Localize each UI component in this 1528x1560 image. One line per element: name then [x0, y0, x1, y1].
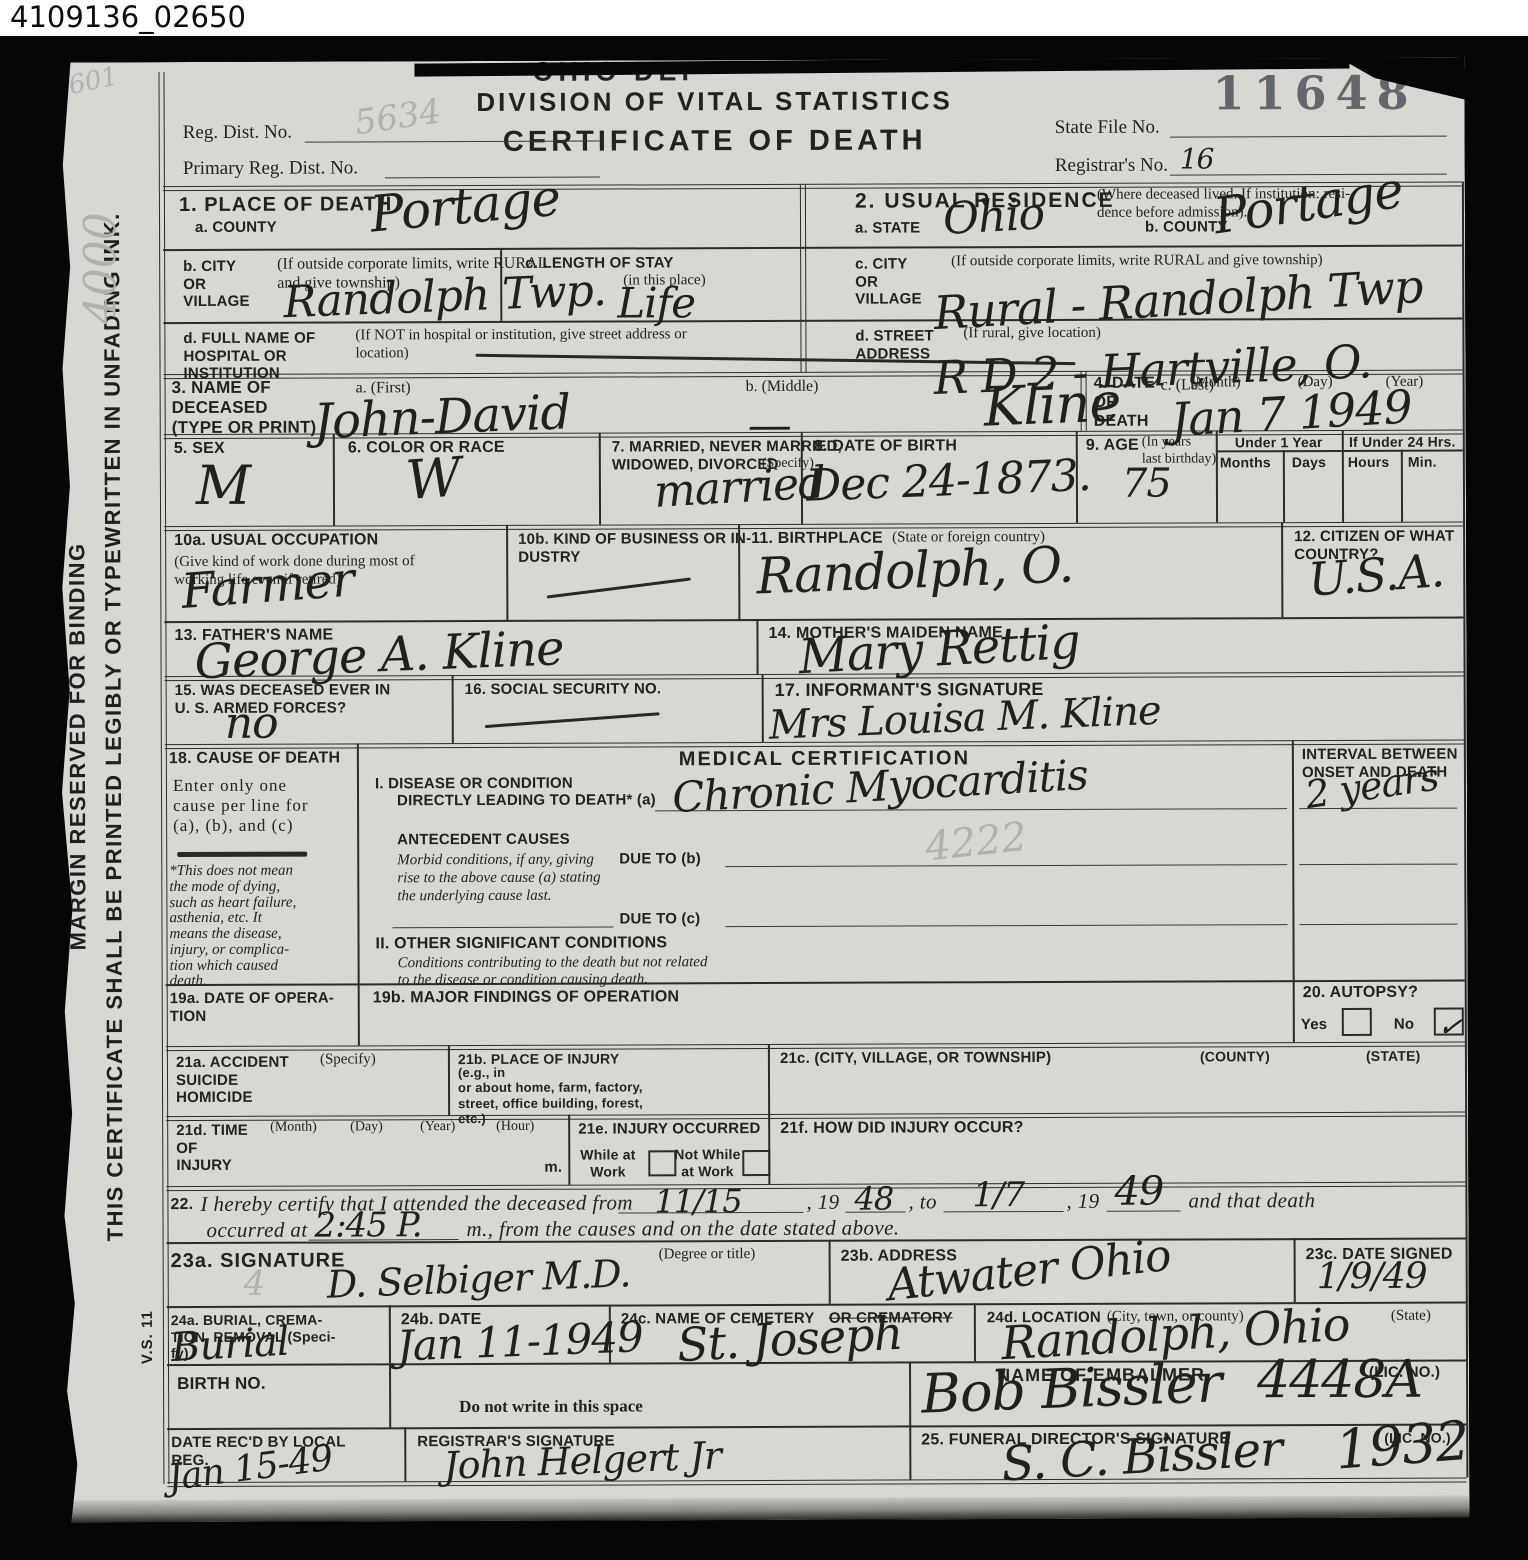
physician-signature-value: D. Selbiger M.D. [326, 1251, 631, 1307]
toi-day-label: (Day) [350, 1119, 383, 1136]
date-signed-value: 1/9/49 [1317, 1256, 1427, 1297]
disease-label-2: DIRECTLY LEADING TO DEATH* (a) [397, 791, 656, 810]
rule [909, 1361, 911, 1425]
certify-year1-label: , 19 [806, 1190, 839, 1215]
rule [909, 1425, 911, 1479]
county-label: a. COUNTY [195, 219, 277, 237]
rule [974, 1303, 976, 1361]
pencil-mark-corner: 601 [66, 61, 121, 101]
rule [1294, 1238, 1296, 1302]
street-address-label: d. STREET ADDRESS [855, 327, 934, 363]
certify-text-2: and that death [1188, 1188, 1315, 1213]
not-while-at-work-label: Not While at Work [674, 1146, 740, 1179]
length-of-stay-value: Life [617, 278, 695, 327]
industry-value-dash [547, 577, 691, 598]
division-title: DIVISION OF VITAL STATISTICS [385, 85, 1045, 118]
rule [167, 1478, 1466, 1488]
birthplace-value: Randolph, O. [755, 535, 1074, 605]
how-injury-label: 21f. HOW DID INJURY OCCUR? [780, 1119, 1024, 1139]
scan-filename: 4109136_02650 [10, 0, 246, 34]
autopsy-label: 20. AUTOPSY? [1303, 984, 1418, 1003]
cause-of-death-label: 18. CAUSE OF DEATH [169, 749, 340, 768]
rule [1170, 136, 1447, 138]
citizen-value: U.S.A. [1306, 543, 1445, 607]
hospital-label: d. FULL NAME OF HOSPITAL OR INSTITUTION [183, 330, 315, 384]
pencil-code-value: 4222 [923, 814, 1029, 871]
rule [389, 1305, 391, 1363]
rule [1299, 864, 1457, 866]
other-conditions-label: II. OTHER SIGNIFICANT CONDITIONS [376, 934, 668, 954]
funeral-director-lic-value: 1932 [1333, 1409, 1471, 1482]
rule [829, 1240, 831, 1304]
rule [163, 245, 1462, 252]
sex-value: M [196, 454, 251, 517]
injury-county-label: (COUNTY) [1200, 1048, 1270, 1065]
city-village-value: Randolph Twp. [282, 265, 606, 328]
rule [448, 1045, 450, 1115]
rule [506, 525, 508, 620]
burial-date-value: Jan 11-1949 [396, 1312, 644, 1370]
certify-number: 22. [170, 1196, 193, 1215]
pencil-mark-4: 4 [244, 1264, 266, 1304]
min-label: Min. [1408, 454, 1437, 471]
rule [392, 927, 613, 929]
major-findings-label: 19b. MAJOR FINDINGS OF OPERATION [373, 988, 680, 1008]
rule [725, 924, 1287, 927]
residence-city-label: c. CITY OR VILLAGE [855, 255, 922, 308]
birth-date-value: Dec 24-1873. [805, 450, 1092, 512]
do-not-write-label: Do not write in this space [459, 1396, 643, 1417]
occupation-value: Farmer [179, 551, 355, 619]
morbid-note: Morbid conditions, if any, giving rise t… [397, 851, 600, 906]
rule [1283, 450, 1285, 522]
state-value: Ohio [942, 188, 1046, 245]
rule [800, 184, 807, 372]
certify-to-label: , to [908, 1189, 937, 1214]
disease-label-1: I. DISEASE OR CONDITION [375, 775, 573, 793]
name-of-deceased-label: 3. NAME OF DECEASED (TYPE OR PRINT) [172, 378, 317, 439]
length-of-stay-label: c. LENGTH OF STAY [525, 254, 673, 272]
rule [357, 743, 360, 1045]
injury-state-label: (STATE) [1366, 1048, 1421, 1065]
hours-label: Hours [1348, 454, 1390, 471]
marital-value: married [653, 457, 827, 517]
rule [389, 1363, 391, 1427]
rule [1299, 924, 1457, 926]
attended-from-value: 11/15 [654, 1182, 741, 1220]
embalmer-lic-value: 4448A [1257, 1350, 1422, 1411]
autopsy-no-label: No [1394, 1016, 1414, 1034]
attended-to-year: 49 [1114, 1169, 1163, 1215]
occupation-label: 10a. USUAL OCCUPATION [174, 531, 378, 551]
toi-month-label: (Month) [270, 1120, 317, 1137]
cause-note-divider [177, 852, 307, 857]
birth-no-label: BIRTH NO. [177, 1374, 266, 1394]
scanned-death-certificate: 4109136_02650 [0, 0, 1528, 1560]
place-of-death-title: 1. PLACE OF DEATH [179, 193, 392, 217]
under-24-hrs-label: If Under 24 Hrs. [1342, 434, 1463, 451]
accident-note: (Specify) [320, 1051, 376, 1069]
ssn-label: 16. SOCIAL SECURITY NO. [465, 680, 662, 698]
autopsy-no-checkmark: ✓ [1436, 1008, 1465, 1046]
county-value: Portage [368, 169, 563, 244]
days-label: Days [1292, 454, 1326, 471]
industry-label: 10b. KIND OF BUSINESS OR IN- DUSTRY [518, 530, 751, 566]
cause-note-2: *This does not mean the mode of dying, s… [169, 864, 296, 990]
age-value: 75 [1122, 461, 1171, 507]
rule [166, 980, 1465, 987]
due-to-c-label: DUE TO (c) [619, 910, 700, 928]
under-1-year-label: Under 1 Year [1216, 434, 1342, 451]
reg-dist-label: Reg. Dist. No. [183, 122, 292, 145]
registrar-no-label: Registrar's No. [1055, 155, 1168, 178]
certificate-paper: MARGIN RESERVED FOR BINDING THIS CERTIFI… [54, 58, 1469, 1523]
autopsy-yes-checkbox[interactable] [1342, 1008, 1372, 1036]
state-label: a. STATE [855, 219, 920, 237]
attended-from-year: 48 [854, 1180, 893, 1218]
rule [452, 675, 454, 743]
injury-occurred-label: 21e. INJURY OCCURRED [578, 1120, 760, 1138]
toi-year-label: (Year) [420, 1119, 455, 1136]
certify-year2-label: , 19 [1066, 1189, 1099, 1214]
death-time-value: 2:45 P. [314, 1205, 421, 1245]
attended-to-value: 1/7 [972, 1175, 1024, 1215]
burial-location-state: (State) [1391, 1308, 1431, 1326]
rule [404, 1427, 406, 1481]
date-of-death-label: 4. DATE OF DEATH [1094, 375, 1156, 432]
armed-forces-label: 15. WAS DECEASED EVER IN U. S. ARMED FOR… [175, 681, 391, 717]
city-village-label: b. CITY OR VILLAGE [183, 258, 250, 311]
while-at-work-checkbox[interactable] [648, 1150, 676, 1176]
pencil-mark-4000: 4000 [75, 212, 126, 324]
rule [768, 1044, 770, 1114]
rule [158, 72, 169, 1484]
certify-text-3: occurred at [206, 1218, 307, 1243]
rule [1401, 450, 1403, 522]
injury-city-label: 21c. (CITY, VILLAGE, OR TOWNSHIP) [780, 1049, 1051, 1068]
not-while-at-work-checkbox[interactable] [742, 1150, 770, 1176]
rule [725, 864, 1287, 867]
primary-reg-dist-label: Primary Reg. Dist. No. [183, 157, 358, 180]
rule [599, 433, 601, 525]
certify-text-4: m., from the causes and on the date stat… [466, 1216, 899, 1243]
rule [1281, 522, 1283, 617]
months-label: Months [1220, 454, 1271, 471]
state-file-label: State File No. [1055, 117, 1160, 140]
rule [756, 619, 758, 674]
rule [164, 617, 1463, 624]
form-number: V.S. 11 [139, 1310, 156, 1364]
antecedent-label: ANTECEDENT CAUSES [397, 831, 570, 849]
burial-value: Burial [170, 1319, 290, 1371]
rule [1292, 740, 1295, 1042]
race-value: W [404, 445, 463, 512]
embalmer-value: Bob Bissler [920, 1351, 1223, 1425]
due-to-b-label: DUE TO (b) [619, 850, 701, 868]
time-of-injury-label: 21d. TIME OF INJURY [176, 1122, 248, 1175]
physician-address-value: Atwater Ohio [885, 1230, 1173, 1311]
middle-name-label: b. (Middle) [746, 378, 819, 397]
date-of-operation-label: 19a. DATE OF OPERA- TION [170, 989, 335, 1025]
street-address-note: (If rural, give location) [963, 325, 1101, 343]
toi-m-label: m. [544, 1159, 562, 1177]
other-conditions-note: Conditions contributing to the death but… [398, 954, 708, 988]
rule [762, 674, 764, 742]
while-at-work-label: While at Work [580, 1146, 635, 1179]
birth-date-label: 8. DATE OF BIRTH [814, 437, 957, 456]
autopsy-yes-label: Yes [1301, 1016, 1328, 1034]
registrar-no-value: 16 [1180, 142, 1214, 175]
toi-hour-label: (Hour) [496, 1119, 534, 1136]
age-label: 9. AGE [1086, 437, 1139, 456]
ssn-value-dash [485, 712, 660, 728]
margin-ink-text: THIS CERTIFICATE SHALL BE PRINTED LEGIBL… [99, 212, 129, 1241]
degree-label: (Degree or title) [659, 1246, 756, 1264]
armed-forces-value: no [225, 698, 278, 749]
accident-label: 21a. ACCIDENT SUICIDE HOMICIDE [176, 1054, 289, 1107]
cause-note-1: Enter only one cause per line for (a), (… [173, 776, 309, 837]
place-of-injury-note: (e.g., in or about home, farm, factory, … [458, 1064, 643, 1126]
